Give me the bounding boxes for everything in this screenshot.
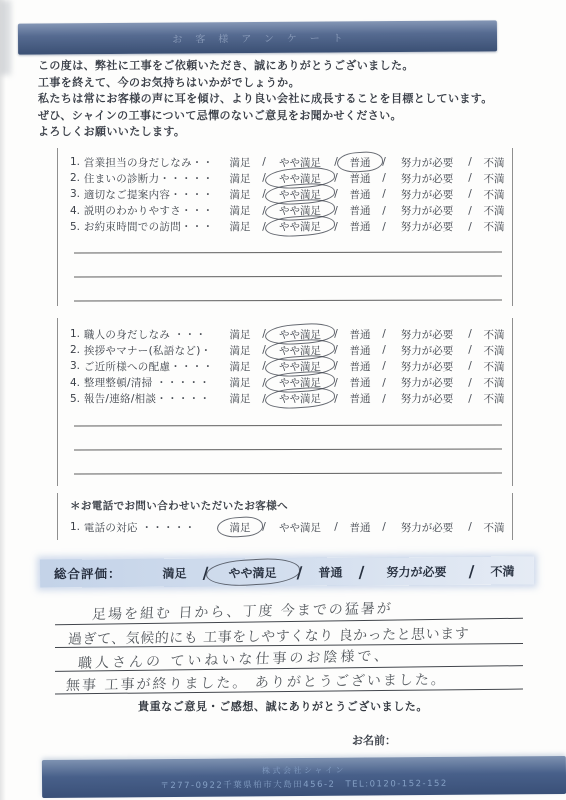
option: 普通 xyxy=(342,203,378,218)
question-label: 電話の対応 ・・・・・ xyxy=(84,520,222,535)
question-number: 1. xyxy=(70,328,84,340)
option: 不満 xyxy=(476,375,512,390)
option: 普通 xyxy=(342,520,378,535)
option: 努力が必要 xyxy=(390,391,464,406)
option: やや満足 xyxy=(270,520,330,535)
options-group: 満足/やや満足/普通/努力が必要/不満 xyxy=(151,561,525,582)
option: 不満 xyxy=(476,171,512,186)
slash-separator: / xyxy=(464,377,476,389)
slash-separator: / xyxy=(463,561,479,580)
option: 努力が必要 xyxy=(390,327,464,342)
question-label: 報告/連絡/相談・・・・・ xyxy=(84,391,222,406)
question-row: 5.お約束時間での訪問・・・満足/やや満足/普通/努力が必要/不満 xyxy=(70,219,512,235)
options-group: 満足/やや満足/普通/努力が必要/不満 xyxy=(222,171,512,186)
option-circled: 満足 xyxy=(222,520,258,535)
slash-separator: / xyxy=(378,205,390,217)
slash-separator: / xyxy=(378,172,390,184)
slash-separator: / xyxy=(464,221,476,233)
comment-lines xyxy=(70,425,504,474)
question-number: 2. xyxy=(70,172,84,184)
comment-line xyxy=(74,448,502,450)
question-row: 1.電話の対応 ・・・・・満足/やや満足/普通/努力が必要/不満 xyxy=(70,519,512,535)
option: 満足 xyxy=(222,375,258,390)
option: 満足 xyxy=(222,203,258,218)
question-number: 3. xyxy=(70,188,84,200)
option-circled: やや満足 xyxy=(213,563,291,580)
slash-separator: / xyxy=(464,205,476,217)
section-box-phone: ＊お電話でお問い合わせいただいたお客様へ 1.電話の対応 ・・・・・満足/やや満… xyxy=(57,493,513,540)
slash-separator: / xyxy=(464,360,476,372)
slash-separator: / xyxy=(378,221,390,233)
question-number: 4. xyxy=(70,205,84,217)
question-label: 職人の身だしなみ ・・・ xyxy=(84,327,222,342)
option-circled: やや満足 xyxy=(270,219,330,234)
section-box-sales-staff: 1.営業担当の身だしなみ・・満足/やや満足/普通/努力が必要/不満2.住まいの診… xyxy=(57,148,513,306)
option: 不満 xyxy=(476,327,512,342)
question-number: 1. xyxy=(70,521,84,533)
option: 不満 xyxy=(479,562,525,579)
option: 努力が必要 xyxy=(390,359,464,374)
options-group: 満足/やや満足/普通/努力が必要/不満 xyxy=(222,343,512,358)
overall-rating-row: 総合評価： 満足/やや満足/普通/努力が必要/不満 xyxy=(40,556,534,587)
footer-banner: 株式会社シャイン 〒277-0922千葉県柏市大島田456-2 TEL:0120… xyxy=(42,756,566,798)
question-label: 説明のわかりやすさ・・・ xyxy=(84,203,222,218)
options-group: 満足/やや満足/普通/努力が必要/不満 xyxy=(222,155,512,170)
option: 普通 xyxy=(342,359,378,374)
question-label: ご近所様への配慮・・・・ xyxy=(84,359,222,374)
options-group: 満足/やや満足/普通/努力が必要/不満 xyxy=(222,375,512,390)
comment-line xyxy=(74,251,502,253)
slash-separator: / xyxy=(378,360,390,372)
slash-separator: / xyxy=(378,188,390,200)
option: 努力が必要 xyxy=(390,203,464,218)
footer-address-phone: 〒277-0922千葉県柏市大島田456-2 TEL:0120-152-152 xyxy=(160,776,448,790)
option: 普通 xyxy=(342,171,378,186)
question-rows: 1.職人の身だしなみ ・・・満足/やや満足/普通/努力が必要/不満2.挨拶やマナ… xyxy=(70,326,512,407)
comment-line xyxy=(74,472,502,474)
phone-section-note: ＊お電話でお問い合わせいただいたお客様へ xyxy=(70,498,512,513)
option: 不満 xyxy=(476,219,512,234)
option: 満足 xyxy=(222,219,258,234)
option: 努力が必要 xyxy=(390,187,464,202)
option: 満足 xyxy=(222,359,258,374)
slash-separator: / xyxy=(464,172,476,184)
handwritten-comment-line: 無事 工事が終りました。 ありがとうございました。 xyxy=(65,669,447,695)
intro-line: 私たちは常にお客様の声に耳を傾け、より良い会社に成長することを目標としています。 xyxy=(38,91,543,108)
option-circled: やや満足 xyxy=(270,391,330,406)
question-label: 適切なご提案内容・・・・ xyxy=(84,187,222,202)
option: 努力が必要 xyxy=(390,155,464,170)
question-rows: 1.電話の対応 ・・・・・満足/やや満足/普通/努力が必要/不満 xyxy=(70,519,512,535)
comment-line xyxy=(74,424,502,426)
option: 満足 xyxy=(222,327,258,342)
option: 普通 xyxy=(342,391,378,406)
option: 努力が必要 xyxy=(390,219,464,234)
option: 努力が必要 xyxy=(390,171,464,186)
slash-separator: / xyxy=(464,188,476,200)
question-label: 挨拶やマナー(私語など)・ xyxy=(84,343,222,358)
option: 不満 xyxy=(476,187,512,202)
option: 努力が必要 xyxy=(369,562,463,580)
intro-line: この度は、弊社に工事をご依頼いただき、誠にありがとうございました。 xyxy=(38,58,543,75)
slash-separator: / xyxy=(330,521,342,533)
option: 満足 xyxy=(222,343,258,358)
handwritten-comment-line: 職人さんの ていねいな仕事のお陰様で、 xyxy=(77,645,391,673)
question-rows: 1.営業担当の身だしなみ・・満足/やや満足/普通/努力が必要/不満2.住まいの診… xyxy=(70,154,512,235)
option: 普通 xyxy=(342,187,378,202)
slash-separator: / xyxy=(464,156,476,168)
option: 不満 xyxy=(476,343,512,358)
slash-separator: / xyxy=(353,562,369,581)
intro-paragraph: この度は、弊社に工事をご依頼いただき、誠にありがとうございました。 工事を終えて… xyxy=(38,58,543,141)
option: 満足 xyxy=(222,391,258,406)
intro-line: よろしくお願いいたします。 xyxy=(38,124,543,141)
footer-company-name: 株式会社シャイン xyxy=(262,764,346,776)
question-label: 営業担当の身だしなみ・・ xyxy=(84,155,222,170)
scan-edge xyxy=(0,0,6,800)
option: 努力が必要 xyxy=(390,520,464,535)
top-banner: お客様アンケート xyxy=(18,20,497,54)
slash-separator: / xyxy=(464,344,476,356)
slash-separator: / xyxy=(378,328,390,340)
slash-separator: / xyxy=(464,521,476,533)
question-number: 4. xyxy=(70,377,84,389)
options-group: 満足/やや満足/普通/努力が必要/不満 xyxy=(222,203,512,218)
option: 満足 xyxy=(151,564,197,581)
handwritten-comment-line: 過ぎて、気候的にも 工事をしやすくなり 良かったと思います xyxy=(67,623,469,649)
option-circled: 普通 xyxy=(342,155,378,170)
thanks-note: 貴重なご意見・ご感想、誠にありがとうございました。 xyxy=(0,698,566,714)
comment-lines xyxy=(70,252,504,301)
overall-rating-label: 総合評価： xyxy=(54,564,122,582)
option: 普通 xyxy=(307,563,353,580)
slash-separator: / xyxy=(464,328,476,340)
slash-separator: / xyxy=(378,377,390,389)
option: 満足 xyxy=(222,187,258,202)
option: 努力が必要 xyxy=(390,375,464,390)
question-label: お約束時間での訪問・・・ xyxy=(84,219,222,234)
option: 不満 xyxy=(476,359,512,374)
comment-line xyxy=(74,275,502,277)
intro-line: ぜひ、シャインの工事について忌憚のないご意見をお聞かせください。 xyxy=(38,108,543,125)
option: 満足 xyxy=(222,171,258,186)
options-group: 満足/やや満足/普通/努力が必要/不満 xyxy=(222,219,512,234)
option: 普通 xyxy=(342,343,378,358)
question-number: 1. xyxy=(70,156,84,168)
slash-separator: / xyxy=(378,393,390,405)
slash-separator: / xyxy=(378,344,390,356)
option: 不満 xyxy=(476,391,512,406)
option: 不満 xyxy=(476,520,512,535)
option: 普通 xyxy=(342,327,378,342)
banner-title: お客様アンケート xyxy=(159,29,356,45)
name-field-label: お名前： xyxy=(352,732,396,748)
option: 満足 xyxy=(222,155,258,170)
question-row: 5.報告/連絡/相談・・・・・満足/やや満足/普通/努力が必要/不満 xyxy=(70,391,512,407)
question-number: 5. xyxy=(70,393,84,405)
slash-separator: / xyxy=(258,156,270,168)
options-group: 満足/やや満足/普通/努力が必要/不満 xyxy=(222,187,512,202)
options-group: 満足/やや満足/普通/努力が必要/不満 xyxy=(222,359,512,374)
options-group: 満足/やや満足/普通/努力が必要/不満 xyxy=(222,391,512,406)
section-box-craftsmen: 1.職人の身だしなみ ・・・満足/やや満足/普通/努力が必要/不満2.挨拶やマナ… xyxy=(57,318,513,486)
survey-sheet: お客様アンケート この度は、弊社に工事をご依頼いただき、誠にありがとうございまし… xyxy=(0,0,566,800)
question-label: 住まいの診断力・・・・・ xyxy=(84,171,222,186)
slash-separator: / xyxy=(464,393,476,405)
options-group: 満足/やや満足/普通/努力が必要/不満 xyxy=(222,327,512,342)
comment-line xyxy=(74,299,502,301)
question-number: 2. xyxy=(70,344,84,356)
question-label: 整理整頓/清掃 ・・・・・ xyxy=(84,375,222,390)
question-number: 5. xyxy=(70,221,84,233)
options-group: 満足/やや満足/普通/努力が必要/不満 xyxy=(222,520,512,535)
question-number: 3. xyxy=(70,360,84,372)
option: 普通 xyxy=(342,219,378,234)
option: 不満 xyxy=(476,203,512,218)
option: 不満 xyxy=(476,155,512,170)
option: 努力が必要 xyxy=(390,343,464,358)
intro-line: 工事を終えて、今のお気持ちはいかがでしょうか。 xyxy=(38,75,543,92)
slash-separator: / xyxy=(378,521,390,533)
option: 普通 xyxy=(342,375,378,390)
